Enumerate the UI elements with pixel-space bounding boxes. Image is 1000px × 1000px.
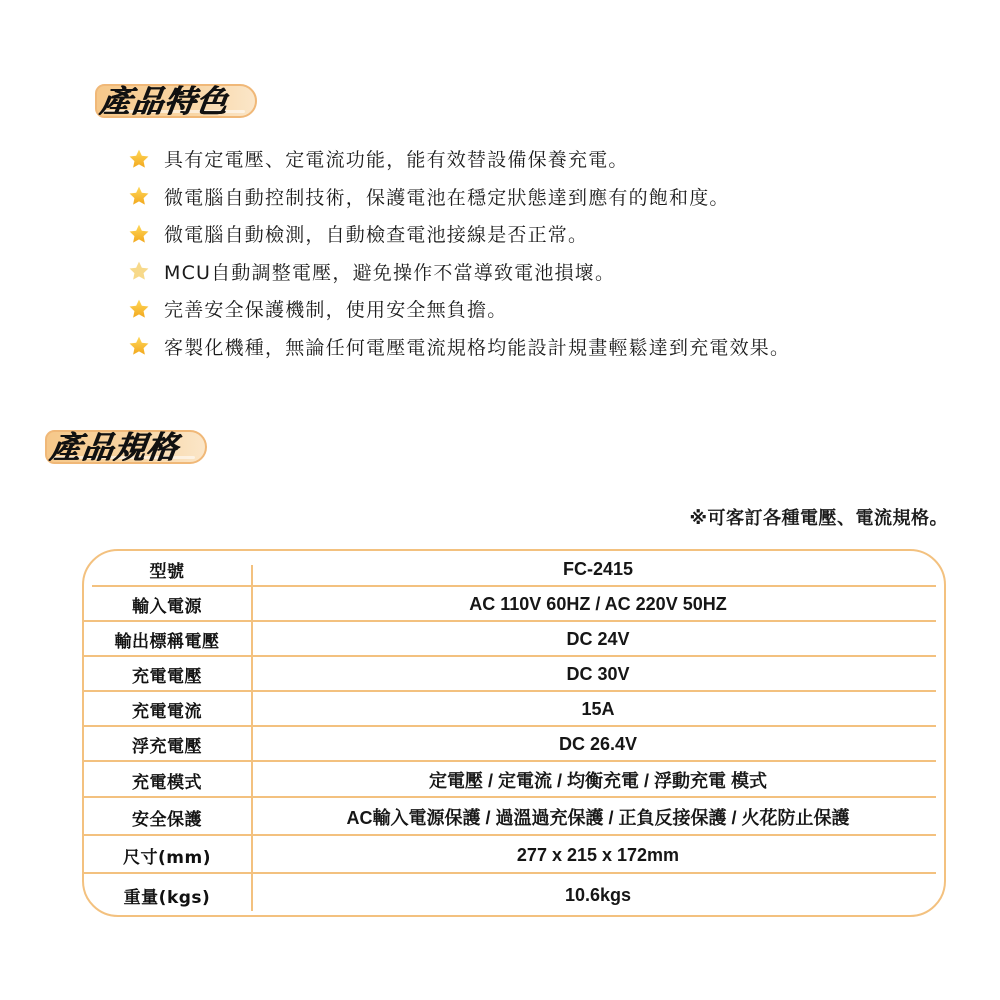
feature-text: 客製化機種，無論任何電壓電流規格均能設計規畫輕鬆達到充電效果。: [164, 333, 790, 360]
spec-row-output-voltage: 輸出標稱電壓 DC 24V: [84, 622, 944, 657]
feature-item: 具有定電壓、定電流功能，能有效替設備保養充電。: [128, 140, 790, 178]
spec-row-dimensions: 尺寸(mm) 277 x 215 x 172mm: [84, 836, 944, 874]
spec-value: AC 110V 60HZ / AC 220V 50HZ: [252, 594, 944, 615]
star-icon: [128, 298, 150, 320]
spec-key: 安全保護: [84, 805, 250, 830]
spec-row-weight: 重量(kgs) 10.6kgs: [84, 874, 944, 916]
feature-item: 完善安全保護機制，使用安全無負擔。: [128, 290, 790, 328]
spec-row-charge-mode: 充電模式 定電壓 / 定電流 / 均衡充電 / 浮動充電 模式: [84, 762, 944, 798]
spec-key: 輸出標稱電壓: [84, 627, 250, 652]
spec-value: DC 26.4V: [252, 734, 944, 755]
spec-row-charge-current: 充電電流 15A: [84, 692, 944, 727]
feature-item: 微電腦自動檢測，自動檢查電池接線是否正常。: [128, 215, 790, 253]
spec-row-input-power: 輸入電源 AC 110V 60HZ / AC 220V 50HZ: [84, 587, 944, 622]
customization-note: ※可客訂各種電壓、電流規格。: [690, 504, 949, 530]
spec-value: DC 30V: [252, 664, 944, 685]
spec-row-charge-voltage: 充電電壓 DC 30V: [84, 657, 944, 692]
features-heading: 產品特色: [95, 78, 229, 118]
star-icon: [128, 185, 150, 207]
features-list: 具有定電壓、定電流功能，能有效替設備保養充電。 微電腦自動控制技術，保護電池在穩…: [128, 140, 790, 365]
spec-key: 尺寸(mm): [84, 843, 250, 868]
feature-text: 完善安全保護機制，使用安全無負擔。: [164, 295, 507, 322]
specs-heading: 產品規格: [45, 424, 179, 464]
spec-key: 充電電壓: [84, 662, 250, 687]
spec-value: 277 x 215 x 172mm: [252, 845, 944, 866]
feature-text: 微電腦自動檢測，自動檢查電池接線是否正常。: [164, 220, 588, 247]
feature-item: MCU自動調整電壓，避免操作不當導致電池損壞。: [128, 253, 790, 291]
spec-value: 15A: [252, 699, 944, 720]
spec-key: 型號: [84, 557, 250, 582]
spec-key: 充電模式: [84, 768, 250, 793]
spec-row-model: 型號 FC-2415: [84, 551, 944, 587]
spec-value: AC輸入電源保護 / 過溫過充保護 / 正負反接保護 / 火花防止保護: [252, 804, 944, 830]
feature-text: MCU自動調整電壓，避免操作不當導致電池損壞。: [164, 258, 615, 285]
star-icon: [128, 148, 150, 170]
spec-value: DC 24V: [252, 629, 944, 650]
spec-value: 10.6kgs: [252, 885, 944, 906]
spec-row-float-voltage: 浮充電壓 DC 26.4V: [84, 727, 944, 762]
star-icon: [128, 223, 150, 245]
spec-table: 型號 FC-2415 輸入電源 AC 110V 60HZ / AC 220V 5…: [82, 549, 946, 917]
feature-item: 微電腦自動控制技術，保護電池在穩定狀態達到應有的飽和度。: [128, 178, 790, 216]
spec-key: 浮充電壓: [84, 732, 250, 757]
feature-text: 具有定電壓、定電流功能，能有效替設備保養充電。: [164, 145, 629, 172]
star-icon: [128, 260, 150, 282]
spec-value: 定電壓 / 定電流 / 均衡充電 / 浮動充電 模式: [252, 767, 944, 793]
features-title: 產品特色: [92, 76, 232, 121]
spec-row-safety-protection: 安全保護 AC輸入電源保護 / 過溫過充保護 / 正負反接保護 / 火花防止保護: [84, 798, 944, 836]
spec-key: 充電電流: [84, 697, 250, 722]
specs-title: 產品規格: [42, 422, 182, 467]
feature-text: 微電腦自動控制技術，保護電池在穩定狀態達到應有的飽和度。: [164, 183, 730, 210]
star-icon: [128, 335, 150, 357]
spec-key: 輸入電源: [84, 592, 250, 617]
spec-key: 重量(kgs): [84, 883, 250, 908]
spec-value: FC-2415: [252, 559, 944, 580]
feature-item: 客製化機種，無論任何電壓電流規格均能設計規畫輕鬆達到充電效果。: [128, 328, 790, 366]
